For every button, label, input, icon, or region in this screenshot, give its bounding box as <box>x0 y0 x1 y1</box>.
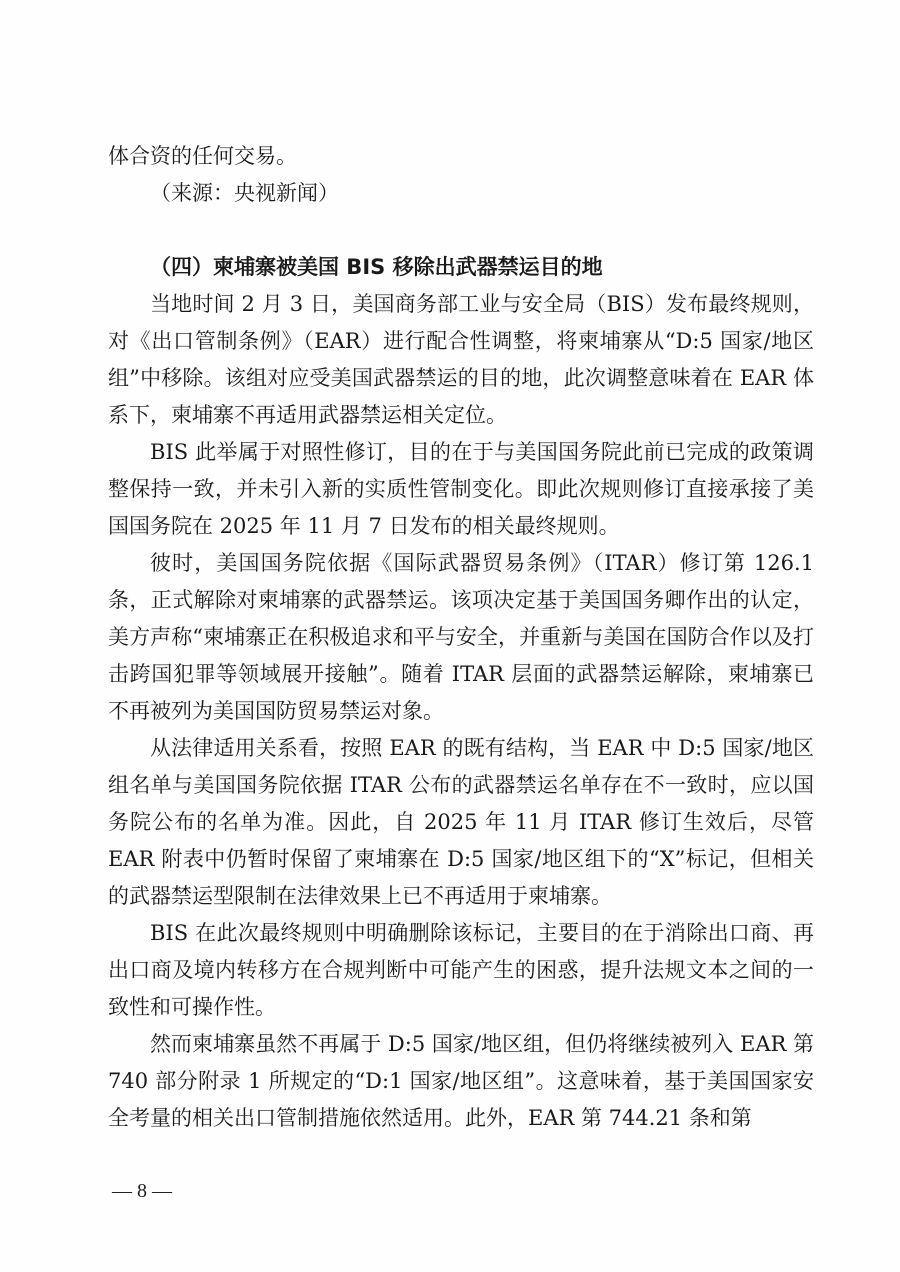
continuation-text: 体合资的任何交易。 <box>108 138 814 175</box>
paragraph: BIS 此举属于对照性修订，目的在于与美国国务院此前已完成的政策调整保持一致，并… <box>108 434 814 545</box>
paragraph: 然而柬埔寨虽然不再属于 D:5 国家/地区组，但仍将继续被列入 EAR 第 74… <box>108 1026 814 1137</box>
paragraph: 当地时间 2 月 3 日，美国商务部工业与安全局（BIS）发布最终规则，对《出口… <box>108 286 814 434</box>
paragraph: 从法律适用关系看，按照 EAR 的既有结构，当 EAR 中 D:5 国家/地区组… <box>108 730 814 915</box>
section-heading: （四）柬埔寨被美国 BIS 移除出武器禁运目的地 <box>108 249 814 286</box>
paragraph: BIS 在此次最终规则中明确删除该标记，主要目的在于消除出口商、再出口商及境内转… <box>108 915 814 1026</box>
document-body: 体合资的任何交易。 （来源：央视新闻） （四）柬埔寨被美国 BIS 移除出武器禁… <box>108 138 814 1137</box>
paragraph: 彼时，美国国务院依据《国际武器贸易条例》（ITAR）修订第 126.1 条，正式… <box>108 545 814 730</box>
page-number: — 8 — <box>112 1180 172 1203</box>
source-note: （来源：央视新闻） <box>108 175 814 212</box>
document-page: 体合资的任何交易。 （来源：央视新闻） （四）柬埔寨被美国 BIS 移除出武器禁… <box>0 0 900 1272</box>
